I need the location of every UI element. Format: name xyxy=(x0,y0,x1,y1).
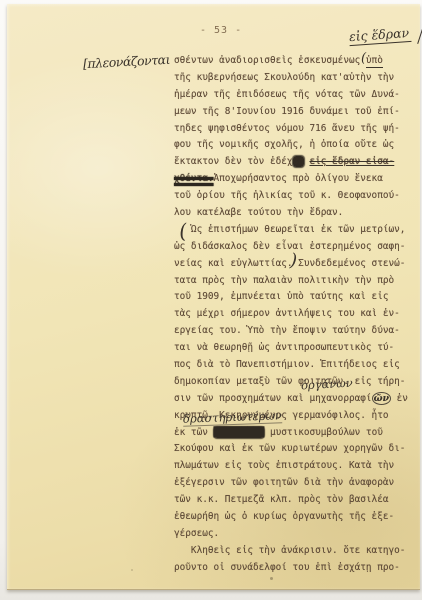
document-page: - 53 - σθέντων ἀναδιορισθεὶς ἐσκευσμένως… xyxy=(7,4,420,590)
typed-text-segment: ἡμέραν τῆς ἐπιδόσεως τῆς νότας τῶν Δυνά- xyxy=(174,89,400,100)
typed-text-segment: τοῦ ὁρίου τῆς ἡλικίας τοῦ κ. Θεοφανοπού- xyxy=(174,190,400,201)
typed-line: τὰς μέχρι σήμερον ἀντιλήψεις του καὶ ἐν- xyxy=(174,306,408,323)
typed-text-segment: ἐν xyxy=(391,393,408,404)
typed-line: δημοκοπίαν μεταξὺ τῶν φοιτητῶν. εἰς τήρη… xyxy=(174,374,408,391)
pen-close-paren-paragraph: ) xyxy=(289,250,297,271)
typed-line: πος διὰ τὸ Πανεπιστήμιον. Ἐπιτήδειος εἰς xyxy=(174,357,408,374)
typed-text-segment: τὰς μέχρι σήμερον ἀντιλήψεις του καὶ ἐν- xyxy=(174,308,400,319)
typed-line: σιν τῶν προσχημάτων καὶ μηχανορραφίῶν ἐν xyxy=(174,391,408,408)
paper-stain xyxy=(270,577,273,580)
strike-segment: εἰς ἕδραν εἰσα- xyxy=(309,156,394,167)
typed-line: τοῦ 1909, ἐμπνέεται ὑπὸ ταύτης καὶ εἰς xyxy=(174,289,408,306)
handwritten-margin-note: [πλεονάζονται xyxy=(83,52,171,72)
typed-text-segment: τατα πρὸς τὴν παλαιὰν πολιτικὴν τὴν πρὸ xyxy=(174,275,394,286)
pen-circled-segment: ῶν xyxy=(372,392,391,405)
pen-flourish-stroke xyxy=(410,25,422,44)
typed-text-segment: ροῦντο οἱ συνάδελφοί του ἐπὶ ἐσχάτῃ προ- xyxy=(174,562,400,573)
page-number: - 53 - xyxy=(200,25,242,36)
typed-text-block: σθέντων ἀναδιορισθεὶς ἐσκευσμένως ὑπὸτῆς… xyxy=(174,53,408,577)
strike-heavy-segment: χθέντα. xyxy=(174,173,214,184)
typed-line: Κληθεὶς εἰς τὴν ἀνάκρισιν. ὅτε κατηγο- xyxy=(174,543,408,560)
typed-text-segment: Ὡς ἐπιστήμων θεωρεῖται ἐκ τῶν μετρίων, xyxy=(174,224,405,235)
blot-segment: θη xyxy=(293,156,304,167)
typed-line: πλωμάτων εἰς τοὺς ἐπιστράτους. Κατὰ τὴν xyxy=(174,458,408,475)
typed-text-segment: μυστικοσυμβούλων τοῦ xyxy=(264,427,383,438)
typed-text-segment: πος διὰ τὸ Πανεπιστήμιον. Ἐπιτήδειος εἰς xyxy=(174,359,400,370)
typed-text-segment: μεων τῆς 8'Ιουνίου 1916 δυνάμει τοῦ ἐπί- xyxy=(174,106,400,117)
typed-line: φου τῆς νομικῆς σχολῆς, ἡ ὁποία οὔτε ὡς xyxy=(174,137,408,154)
blot-segment: █████████ xyxy=(214,427,265,438)
typed-line: ἡμέραν τῆς ἐπιδόσεως τῆς νότας τῶν Δυνά- xyxy=(174,87,408,104)
typed-text-segment: ἐξέγερσιν τῶν φοιτητῶν διὰ τὴν ἀναφορὰν xyxy=(174,477,394,488)
typed-text-segment: λου κατέλαβε τούτου τὴν ἕδραν. xyxy=(174,207,343,218)
typed-text-segment: φου τῆς νομικῆς σχολῆς, ἡ ὁποία οὔτε ὡς xyxy=(174,139,394,150)
typed-line: τῶν κ.κ. Πετμεζᾶ κλπ. πρὸς τὸν βασιλέα xyxy=(174,492,408,509)
typed-text-segment: τῶν κ.κ. Πετμεζᾶ κλπ. πρὸς τὸν βασιλέα xyxy=(174,494,388,505)
typed-text-segment: εργείας του. Ὑπὸ τὴν ἔποψιν ταύτην δύνα- xyxy=(174,325,400,336)
typed-text-segment: πλωμάτων εἰς τοὺς ἐπιστράτους. Κατὰ τὴν xyxy=(174,460,394,471)
pen-underline-segment: ὑπὸ xyxy=(366,55,383,68)
typed-text-segment: σιν τῶν προσχημάτων καὶ μηχανορραφί xyxy=(174,393,372,404)
typed-text-segment: Κληθεὶς εἰς τὴν ἀνάκρισιν. ὅτε κατηγο- xyxy=(174,545,405,556)
typed-line: τατα πρὸς τὴν παλαιὰν πολιτικὴν τὴν πρὸ xyxy=(174,273,408,290)
typed-text-segment: δημοκοπίαν μεταξὺ τῶν φοιτητῶν. εἰς τήρη… xyxy=(174,376,405,387)
typed-text-segment: τοῦ 1909, ἐμπνέεται ὑπὸ ταύτης καὶ εἰς xyxy=(174,291,388,302)
typed-line: τῆς κυβερνήσεως Σκουλούδη κατ'αὐτὴν τὴν xyxy=(174,70,408,87)
typed-text-segment: τῆς κυβερνήσεως Σκουλούδη κατ'αὐτὴν τὴν xyxy=(174,72,394,83)
handwritten-top-right-note: εἰς ἕδραν xyxy=(348,25,411,46)
typed-line: τηδες ψηφισθέντος νόμου 716 ἄνευ τῆς ψή- xyxy=(174,121,408,138)
typed-text-segment: Σκούφου καὶ ἐκ τῶν κυριωτέρων χορηγῶν δι… xyxy=(174,443,405,454)
typed-line: ἔκτακτον δὲν τὸν ἐδέχθη εἰς ἕδραν εἰσα- xyxy=(174,154,408,171)
paper-stain xyxy=(131,569,133,571)
typed-text-segment: σθέντων ἀναδιορισθεὶς ἐσκευσμένως xyxy=(174,55,366,66)
typed-line: ἐξέγερσιν τῶν φοιτητῶν διὰ τὴν ἀναφορὰν xyxy=(174,475,408,492)
typed-line: ἐθεωρήθη ὡς ὁ κυρίως ὀργανωτὴς τῆς ἐξε- xyxy=(174,509,408,526)
typed-line: Σκούφου καὶ ἐκ τῶν κυριωτέρων χορηγῶν δι… xyxy=(174,441,408,458)
typed-text-segment: ἐθεωρήθη ὡς ὁ κυρίως ὀργανωτὴς τῆς ἐξε- xyxy=(174,511,394,522)
pen-open-paren-inline: ( xyxy=(361,51,366,66)
typed-text-segment: ἐκ τῶν xyxy=(174,427,214,438)
typed-line: ροῦντο οἱ συνάδελφοί του ἐπὶ ἐσχάτῃ προ- xyxy=(174,560,408,577)
typed-line: γέρσεως. xyxy=(174,526,408,543)
typed-line: μεων τῆς 8'Ιουνίου 1916 δυνάμει τοῦ ἐπί- xyxy=(174,104,408,121)
typed-text-segment: Ἀποχωρήσαντος πρὸ ὀλίγου ἕνεκα xyxy=(214,173,383,184)
typed-text-segment: τηδες ψηφισθέντος νόμου 716 ἄνευ τῆς ψή- xyxy=(174,123,400,134)
scan-background: - 53 - σθέντων ἀναδιορισθεὶς ἐσκευσμένως… xyxy=(0,0,422,600)
typed-line: εργείας του. Ὑπὸ τὴν ἔποψιν ταύτην δύνα- xyxy=(174,323,408,340)
handwritten-correction-organon: ὀργάνων xyxy=(301,376,353,393)
typed-line: τοῦ ὁρίου τῆς ἡλικίας τοῦ κ. Θεοφανοπού- xyxy=(174,188,408,205)
typed-line: σθέντων ἀναδιορισθεὶς ἐσκευσμένως ὑπὸ xyxy=(174,53,408,70)
typed-line: ἐκ τῶν █████████ μυστικοσυμβούλων τοῦ xyxy=(174,425,408,442)
typed-line: χθέντα.Ἀποχωρήσαντος πρὸ ὀλίγου ἕνεκα xyxy=(174,171,408,188)
typed-text-segment: γέρσεως. xyxy=(174,528,219,539)
typed-line: λου κατέλαβε τούτου τὴν ἕδραν. xyxy=(174,205,408,222)
typed-text-segment: ἔκτακτον δὲν τὸν ἐδέχ xyxy=(174,156,293,167)
typed-text-segment: ται νὰ θεωρηθῇ ὡς ἀντιπροσωπευτικὸς τύ- xyxy=(174,342,394,353)
typed-line: ται νὰ θεωρηθῇ ὡς ἀντιπροσωπευτικὸς τύ- xyxy=(174,340,408,357)
typed-line: Ὡς ἐπιστήμων θεωρεῖται ἐκ τῶν μετρίων, xyxy=(174,222,408,239)
